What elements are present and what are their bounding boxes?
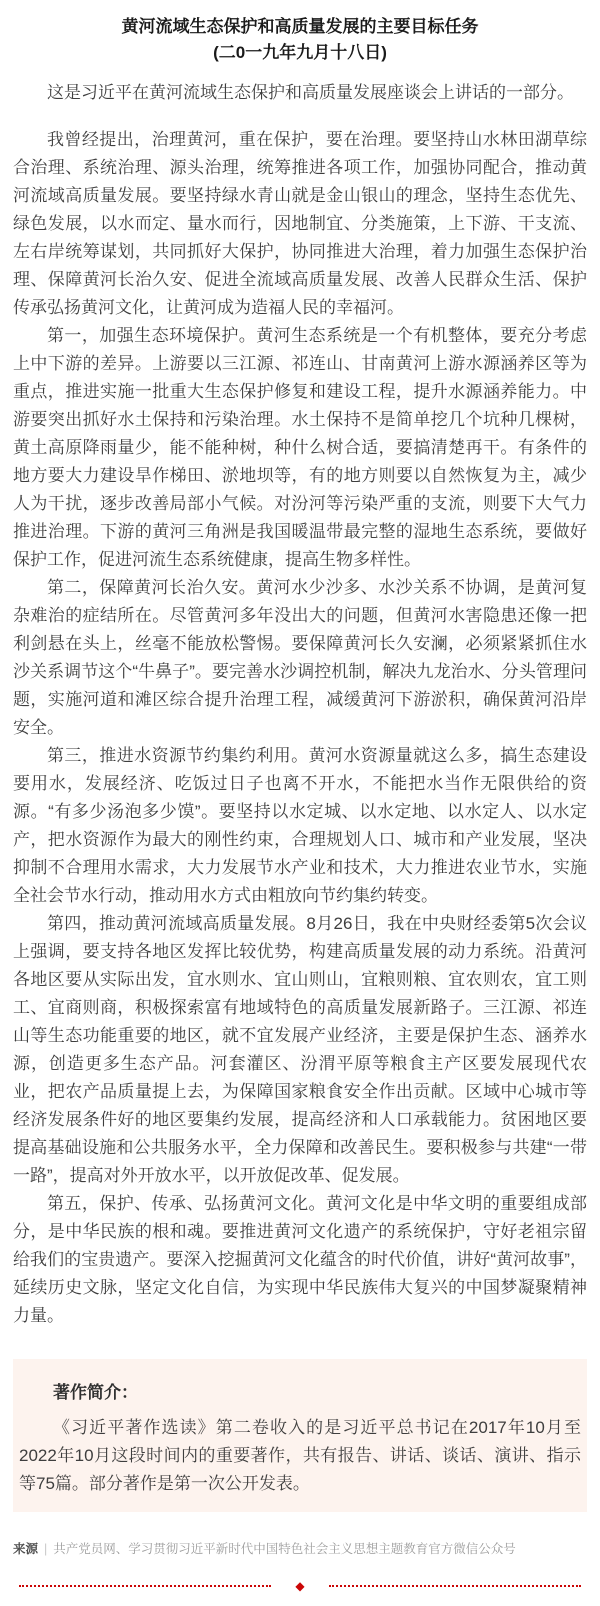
article-body: 这是习近平在黄河流域生态保护和高质量发展座谈会上讲话的一部分。 我曾经提出，治理…: [13, 79, 587, 1330]
intro-paragraph: 这是习近平在黄河流域生态保护和高质量发展座谈会上讲话的一部分。: [13, 79, 587, 107]
body-paragraph: 第三，推进水资源节约集约利用。黄河水资源量就这么多，搞生态建设要用水，发展经济、…: [13, 742, 587, 910]
divider-dotted-line-right: [329, 1585, 581, 1587]
article-title: 黄河流域生态保护和高质量发展的主要目标任务: [13, 14, 587, 40]
body-paragraph: 第五，保护、传承、弘扬黄河文化。黄河文化是中华文明的重要组成部分，是中华民族的根…: [13, 1190, 587, 1330]
book-intro-heading: 著作简介：: [19, 1379, 581, 1407]
source-line: 来源|共产党员网、学习贯彻习近平新时代中国特色社会主义思想主题教育官方微信公众号: [13, 1540, 587, 1558]
book-intro-paragraph: 《习近平著作选读》第二卷收入的是习近平总书记在2017年10月至2022年10月…: [19, 1414, 581, 1498]
body-paragraph: 第四，推动黄河流域高质量发展。8月26日，我在中央财经委第5次会议上强调，要支持…: [13, 910, 587, 1190]
article-page: 黄河流域生态保护和高质量发展的主要目标任务 (二0一九年九月十八日) 这是习近平…: [0, 0, 600, 1606]
body-paragraph: 我曾经提出，治理黄河，重在保护，要在治理。要坚持山水林田湖草综合治理、系统治理、…: [13, 126, 587, 322]
body-paragraph: 第二，保障黄河长治久安。黄河水少沙多、水沙关系不协调，是黄河复杂难治的症结所在。…: [13, 574, 587, 742]
diamond-icon: ◆: [295, 1580, 304, 1592]
source-text: 共产党员网、学习贯彻习近平新时代中国特色社会主义思想主题教育官方微信公众号: [53, 1542, 516, 1556]
footer-divider: ◆: [19, 1580, 581, 1592]
book-intro-box: 著作简介： 《习近平著作选读》第二卷收入的是习近平总书记在2017年10月至20…: [13, 1359, 587, 1512]
divider-dotted-line-left: [19, 1585, 271, 1587]
body-paragraph: 第一，加强生态环境保护。黄河生态系统是一个有机整体，要充分考虑上中下游的差异。上…: [13, 322, 587, 574]
article-date: (二0一九年九月十八日): [13, 40, 587, 66]
source-label: 来源: [13, 1542, 38, 1556]
source-separator: |: [44, 1542, 47, 1556]
